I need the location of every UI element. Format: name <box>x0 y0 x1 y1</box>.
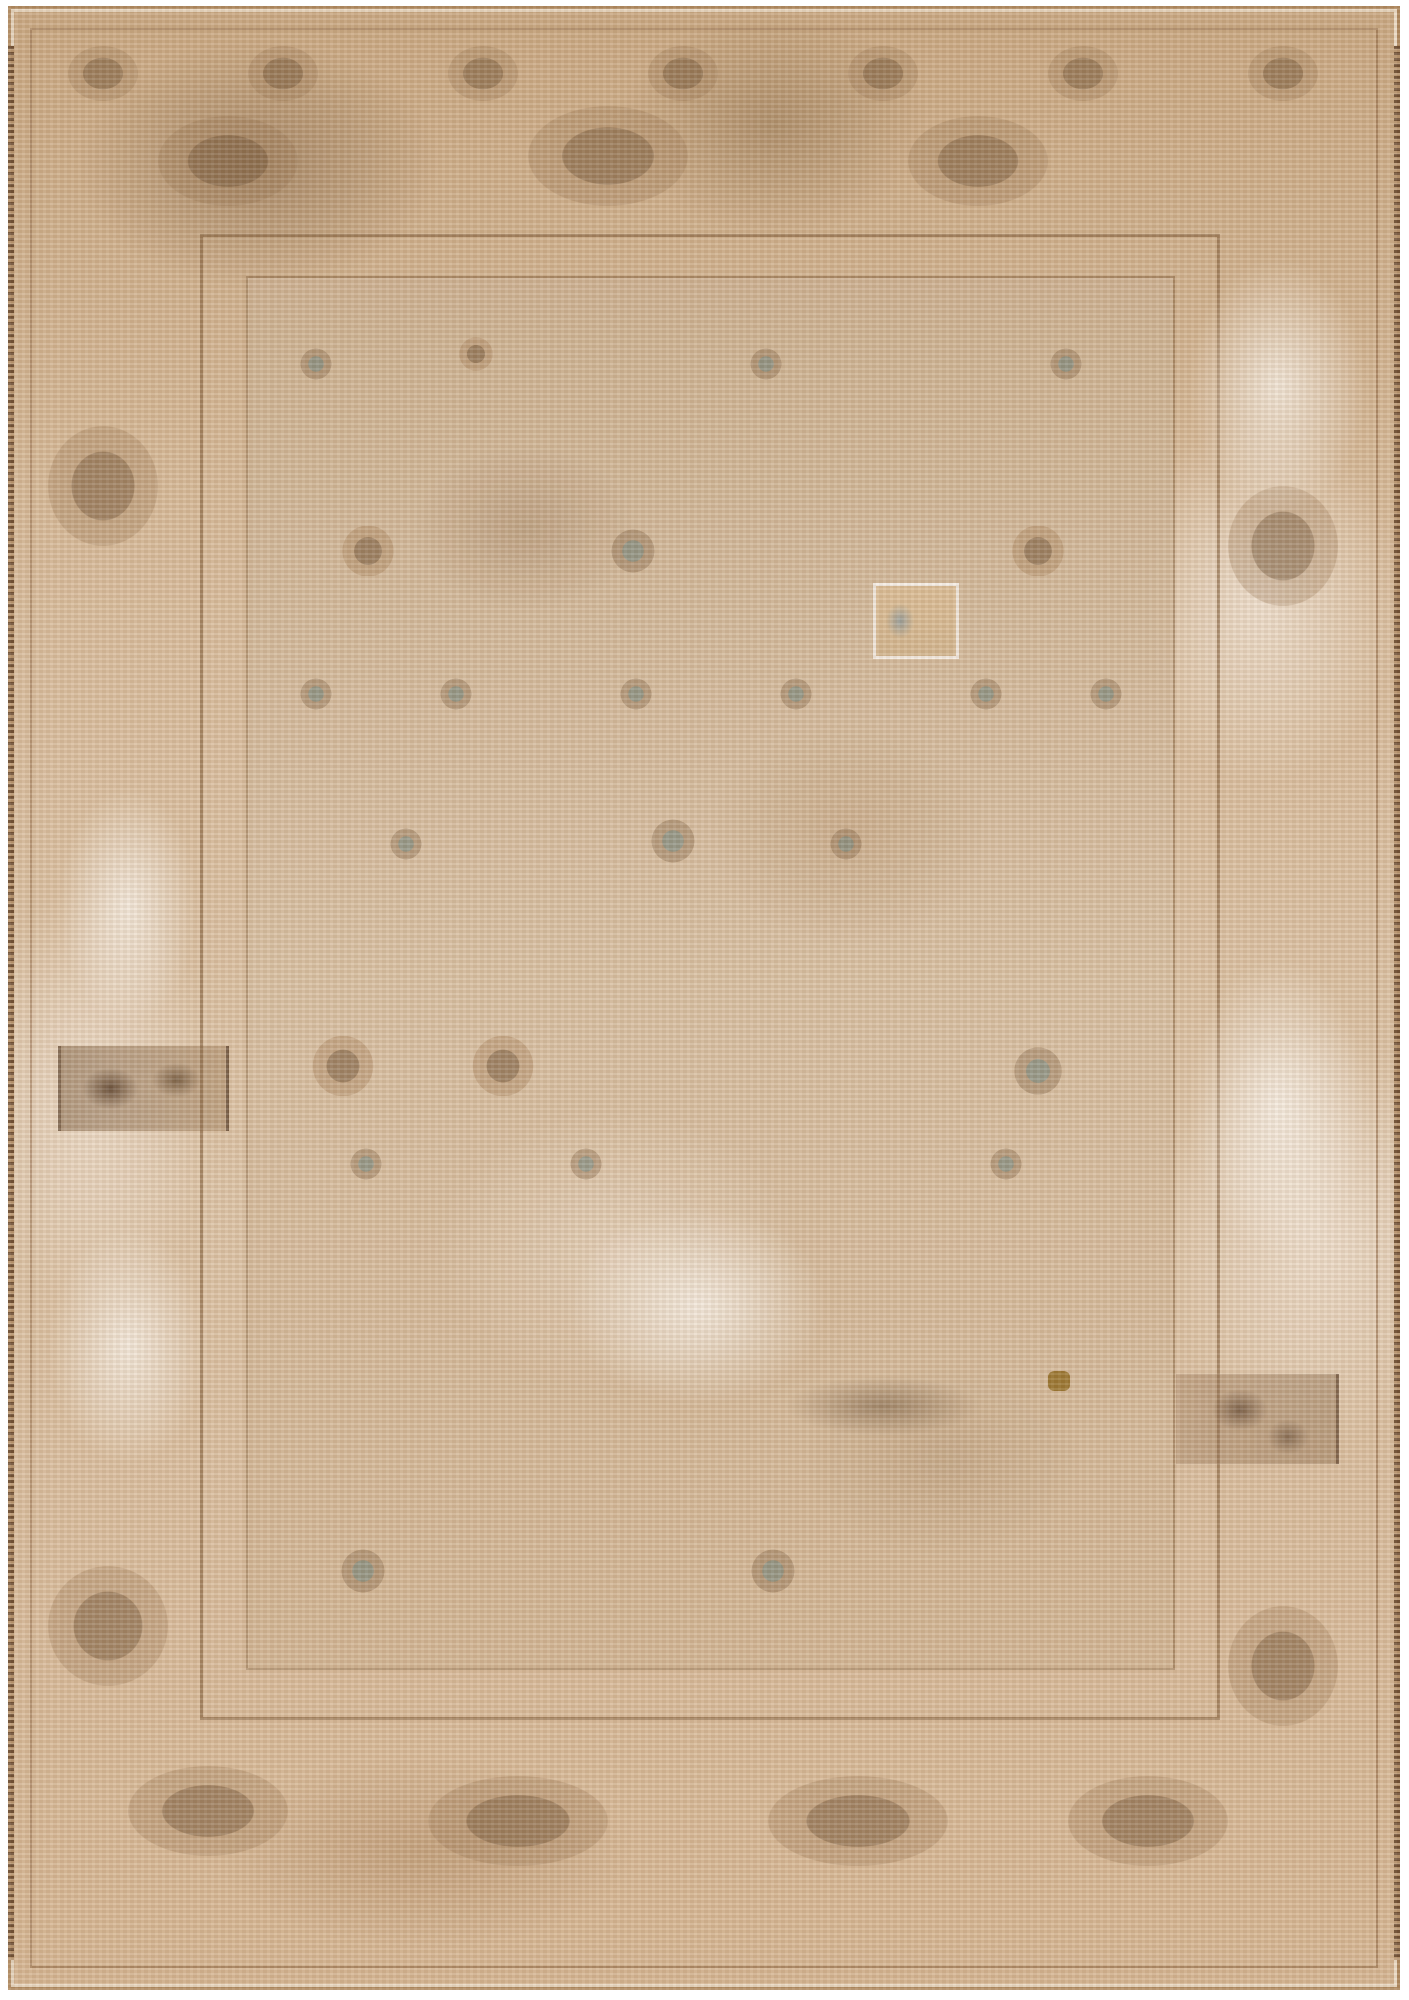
border-motif <box>48 426 158 546</box>
field-motif <box>1008 526 1068 576</box>
field-motif <box>388 826 424 862</box>
field-motif <box>748 1546 798 1596</box>
field-motif <box>618 676 654 712</box>
field-motif <box>348 1146 384 1182</box>
border-motif <box>448 46 518 101</box>
field-motif <box>778 676 814 712</box>
field-motif <box>648 816 698 866</box>
worn-spot <box>48 1226 208 1466</box>
worn-spot <box>1188 256 1368 516</box>
field-motif <box>308 1036 378 1096</box>
border-motif <box>1068 1776 1228 1866</box>
border-motif <box>48 1566 168 1686</box>
field-dark-motif-band <box>753 1366 1013 1446</box>
field-motif <box>968 676 1004 712</box>
field-motif <box>468 1036 538 1096</box>
border-motif <box>648 46 718 101</box>
dark-patch-right <box>1176 1374 1339 1464</box>
field-motif <box>338 526 398 576</box>
border-motif <box>1248 46 1318 101</box>
border-motif <box>1228 1606 1338 1726</box>
border-motif <box>768 1776 948 1866</box>
border-motif <box>248 46 318 101</box>
left-edge-binding <box>8 46 14 1960</box>
border-motif <box>158 116 298 206</box>
border-motif <box>908 116 1048 206</box>
field-motif <box>568 1146 604 1182</box>
border-motif <box>528 106 688 206</box>
field-motif <box>338 1546 388 1596</box>
field-motif <box>608 526 658 576</box>
field-motif <box>298 346 334 382</box>
field-motif <box>1008 1046 1068 1096</box>
field-motif <box>1048 346 1084 382</box>
worn-spot <box>58 786 198 1026</box>
field-motif <box>458 336 494 372</box>
field-motif <box>1088 676 1124 712</box>
right-edge-binding <box>1394 46 1400 1960</box>
border-motif <box>848 46 918 101</box>
field-motif <box>828 826 864 862</box>
field-motif <box>298 676 334 712</box>
dark-patch-left <box>58 1046 229 1131</box>
border-motif <box>68 46 138 101</box>
worn-spot <box>1188 956 1368 1256</box>
blue-repair-patch <box>876 586 956 656</box>
mustard-spot <box>1048 1371 1070 1391</box>
inner-frame-line <box>246 276 1175 1670</box>
field-motif <box>988 1146 1024 1182</box>
rug <box>8 6 1400 1990</box>
field-motif <box>438 676 474 712</box>
border-motif <box>128 1766 288 1856</box>
border-motif <box>428 1776 608 1866</box>
border-motif <box>1048 46 1118 101</box>
field-motif <box>748 346 784 382</box>
